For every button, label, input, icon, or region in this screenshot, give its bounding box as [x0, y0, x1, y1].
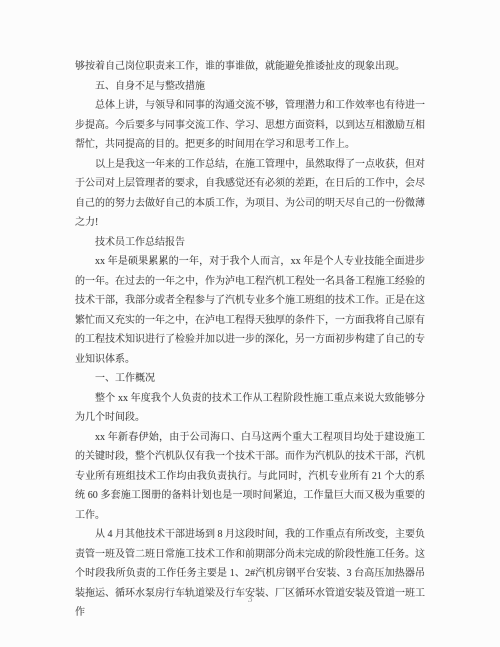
paragraph: xx 年是硕果累累的一年，对于我个人而言，xx 年是个人专业技能全面进步的一年。… [75, 252, 425, 369]
document-page: 够按着自己岗位职责来工作，谁的事谁做，就能避免推诿扯皮的现象出现。五、自身不足与… [0, 0, 500, 647]
paragraph: 一、工作概况 [75, 369, 425, 389]
paragraph: 以上是我这一年来的工作总结，在施工管理中，虽然取得了一点收获，但对于公司对上层管… [75, 155, 425, 233]
paragraph: 够按着自己岗位职责来工作，谁的事谁做，就能避免推诿扯皮的现象出现。 [75, 57, 425, 77]
paragraph: 整个 xx 年度我个人负责的技术工作从工程阶段性施工重点来说大致能够分为几个时间… [75, 389, 425, 428]
paragraph: 技术员工作总结报告 [75, 233, 425, 253]
paragraph: xx 年新春伊始，由于公司海口、白马这两个重大工程项目均处于建设施工的关键时段，… [75, 428, 425, 526]
paragraph: 五、自身不足与整改措施 [75, 77, 425, 97]
paragraph: 总体上讲，与领导和同事的沟通交流不够，管理潜力和工作效率也有待进一步提高。今后要… [75, 96, 425, 155]
page-number: 3 [0, 593, 500, 607]
document-content: 够按着自己岗位职责来工作，谁的事谁做，就能避免推诿扯皮的现象出现。五、自身不足与… [75, 57, 425, 623]
paragraph: 从 4 月其他技术干部进场到 8 月这段时间，我的工作重点有所改变，主要负责管一… [75, 525, 425, 623]
